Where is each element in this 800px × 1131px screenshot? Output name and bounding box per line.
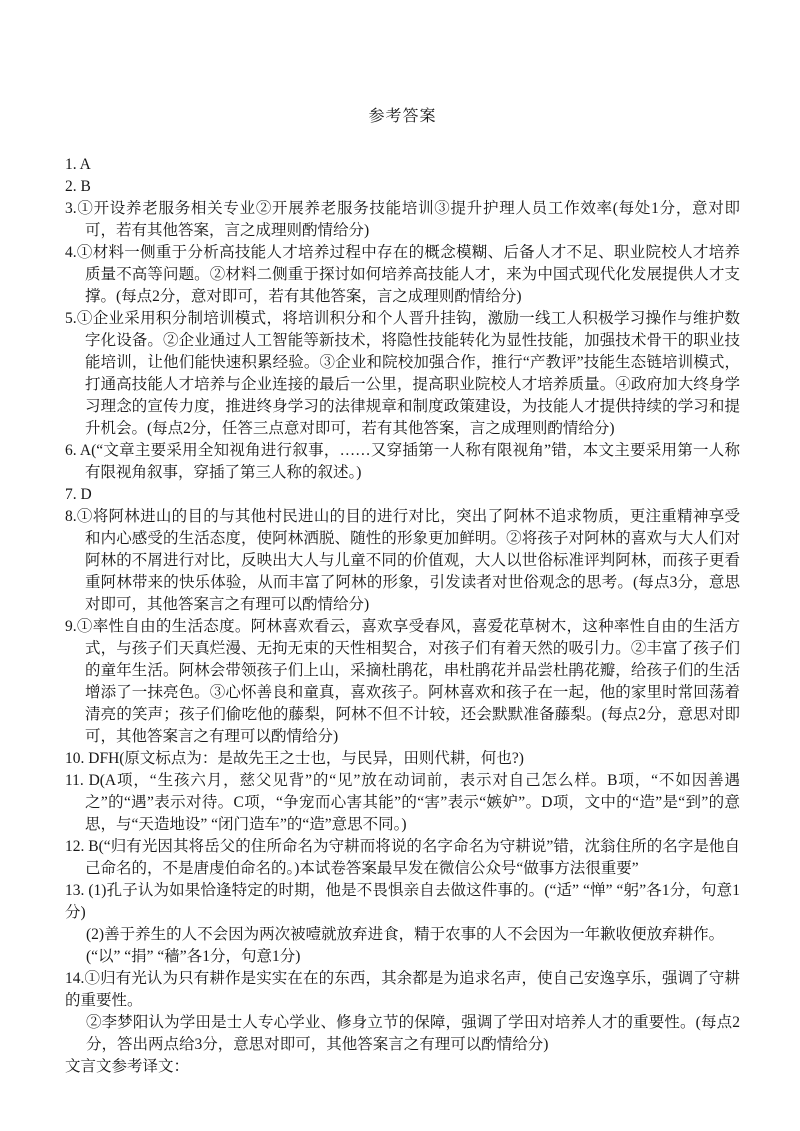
answer-item-7: 7. D: [65, 484, 740, 506]
page-title: 参考答案: [65, 106, 740, 128]
answer-item-11: 11. D(A项，“生孩六月，慈父见背”的“见”放在动词前，表示对自己怎么样。B…: [65, 770, 740, 836]
answer-item-1: 1. A: [65, 154, 740, 176]
answers-list: 1. A 2. B 3.①开设养老服务相关专业②开展养老服务技能培训③提升护理人…: [65, 154, 740, 1078]
answer-item-12: 12. B(“归有光因其将岳父的住所命名为守耕而将说的名字命名为守耕说”错，沈翁…: [65, 836, 740, 880]
answer-item-13-part1: 13. (1)孔子认为如果恰逢特定的时期，他是不畏惧亲自去做这件事的。(“适” …: [65, 880, 740, 924]
answer-item-2: 2. B: [65, 176, 740, 198]
answer-item-4: 4.①材料一侧重于分析高技能人才培养过程中存在的概念模糊、后备人才不足、职业院校…: [65, 242, 740, 308]
answer-item-5: 5.①企业采用积分制培训模式，将培训积分和个人晋升挂钩，激励一线工人积极学习操作…: [65, 308, 740, 440]
answer-item-3: 3.①开设养老服务相关专业②开展养老服务技能培训③提升护理人员工作效率(每处1分…: [65, 198, 740, 242]
answer-item-8: 8.①将阿林进山的目的与其他村民进山的目的进行对比，突出了阿林不追求物质，更注重…: [65, 506, 740, 616]
answer-item-6: 6. A(“文章主要采用全知视角进行叙事，……又穿插第一人称有限视角”错，本文主…: [65, 440, 740, 484]
answer-item-13-part2-scoring: (“以” “捐” “穑”各1分，句意1分): [65, 946, 740, 968]
answer-item-13-part2: (2)善于养生的人不会因为两次被噎就放弃进食，精于农事的人不会因为一年歉收便放弃…: [65, 924, 740, 946]
document-page: 参考答案 1. A 2. B 3.①开设养老服务相关专业②开展养老服务技能培训③…: [0, 0, 800, 1131]
translation-heading: 文言文参考译文：: [65, 1056, 740, 1078]
answer-item-14-part1: 14.①归有光认为只有耕作是实实在在的东西，其余都是为追求名声，使自己安逸享乐，…: [65, 968, 740, 1012]
answer-item-9: 9.①率性自由的生活态度。阿林喜欢看云，喜欢享受春风，喜爱花草树木，这种率性自由…: [65, 616, 740, 748]
answer-item-14-part2: ②李梦阳认为学田是士人专心学业、修身立节的保障，强调了学田对培养人才的重要性。(…: [65, 1012, 740, 1056]
answer-item-10: 10. DFH(原文标点为：是故先王之士也，与民异，田则代耕，何也?): [65, 748, 740, 770]
